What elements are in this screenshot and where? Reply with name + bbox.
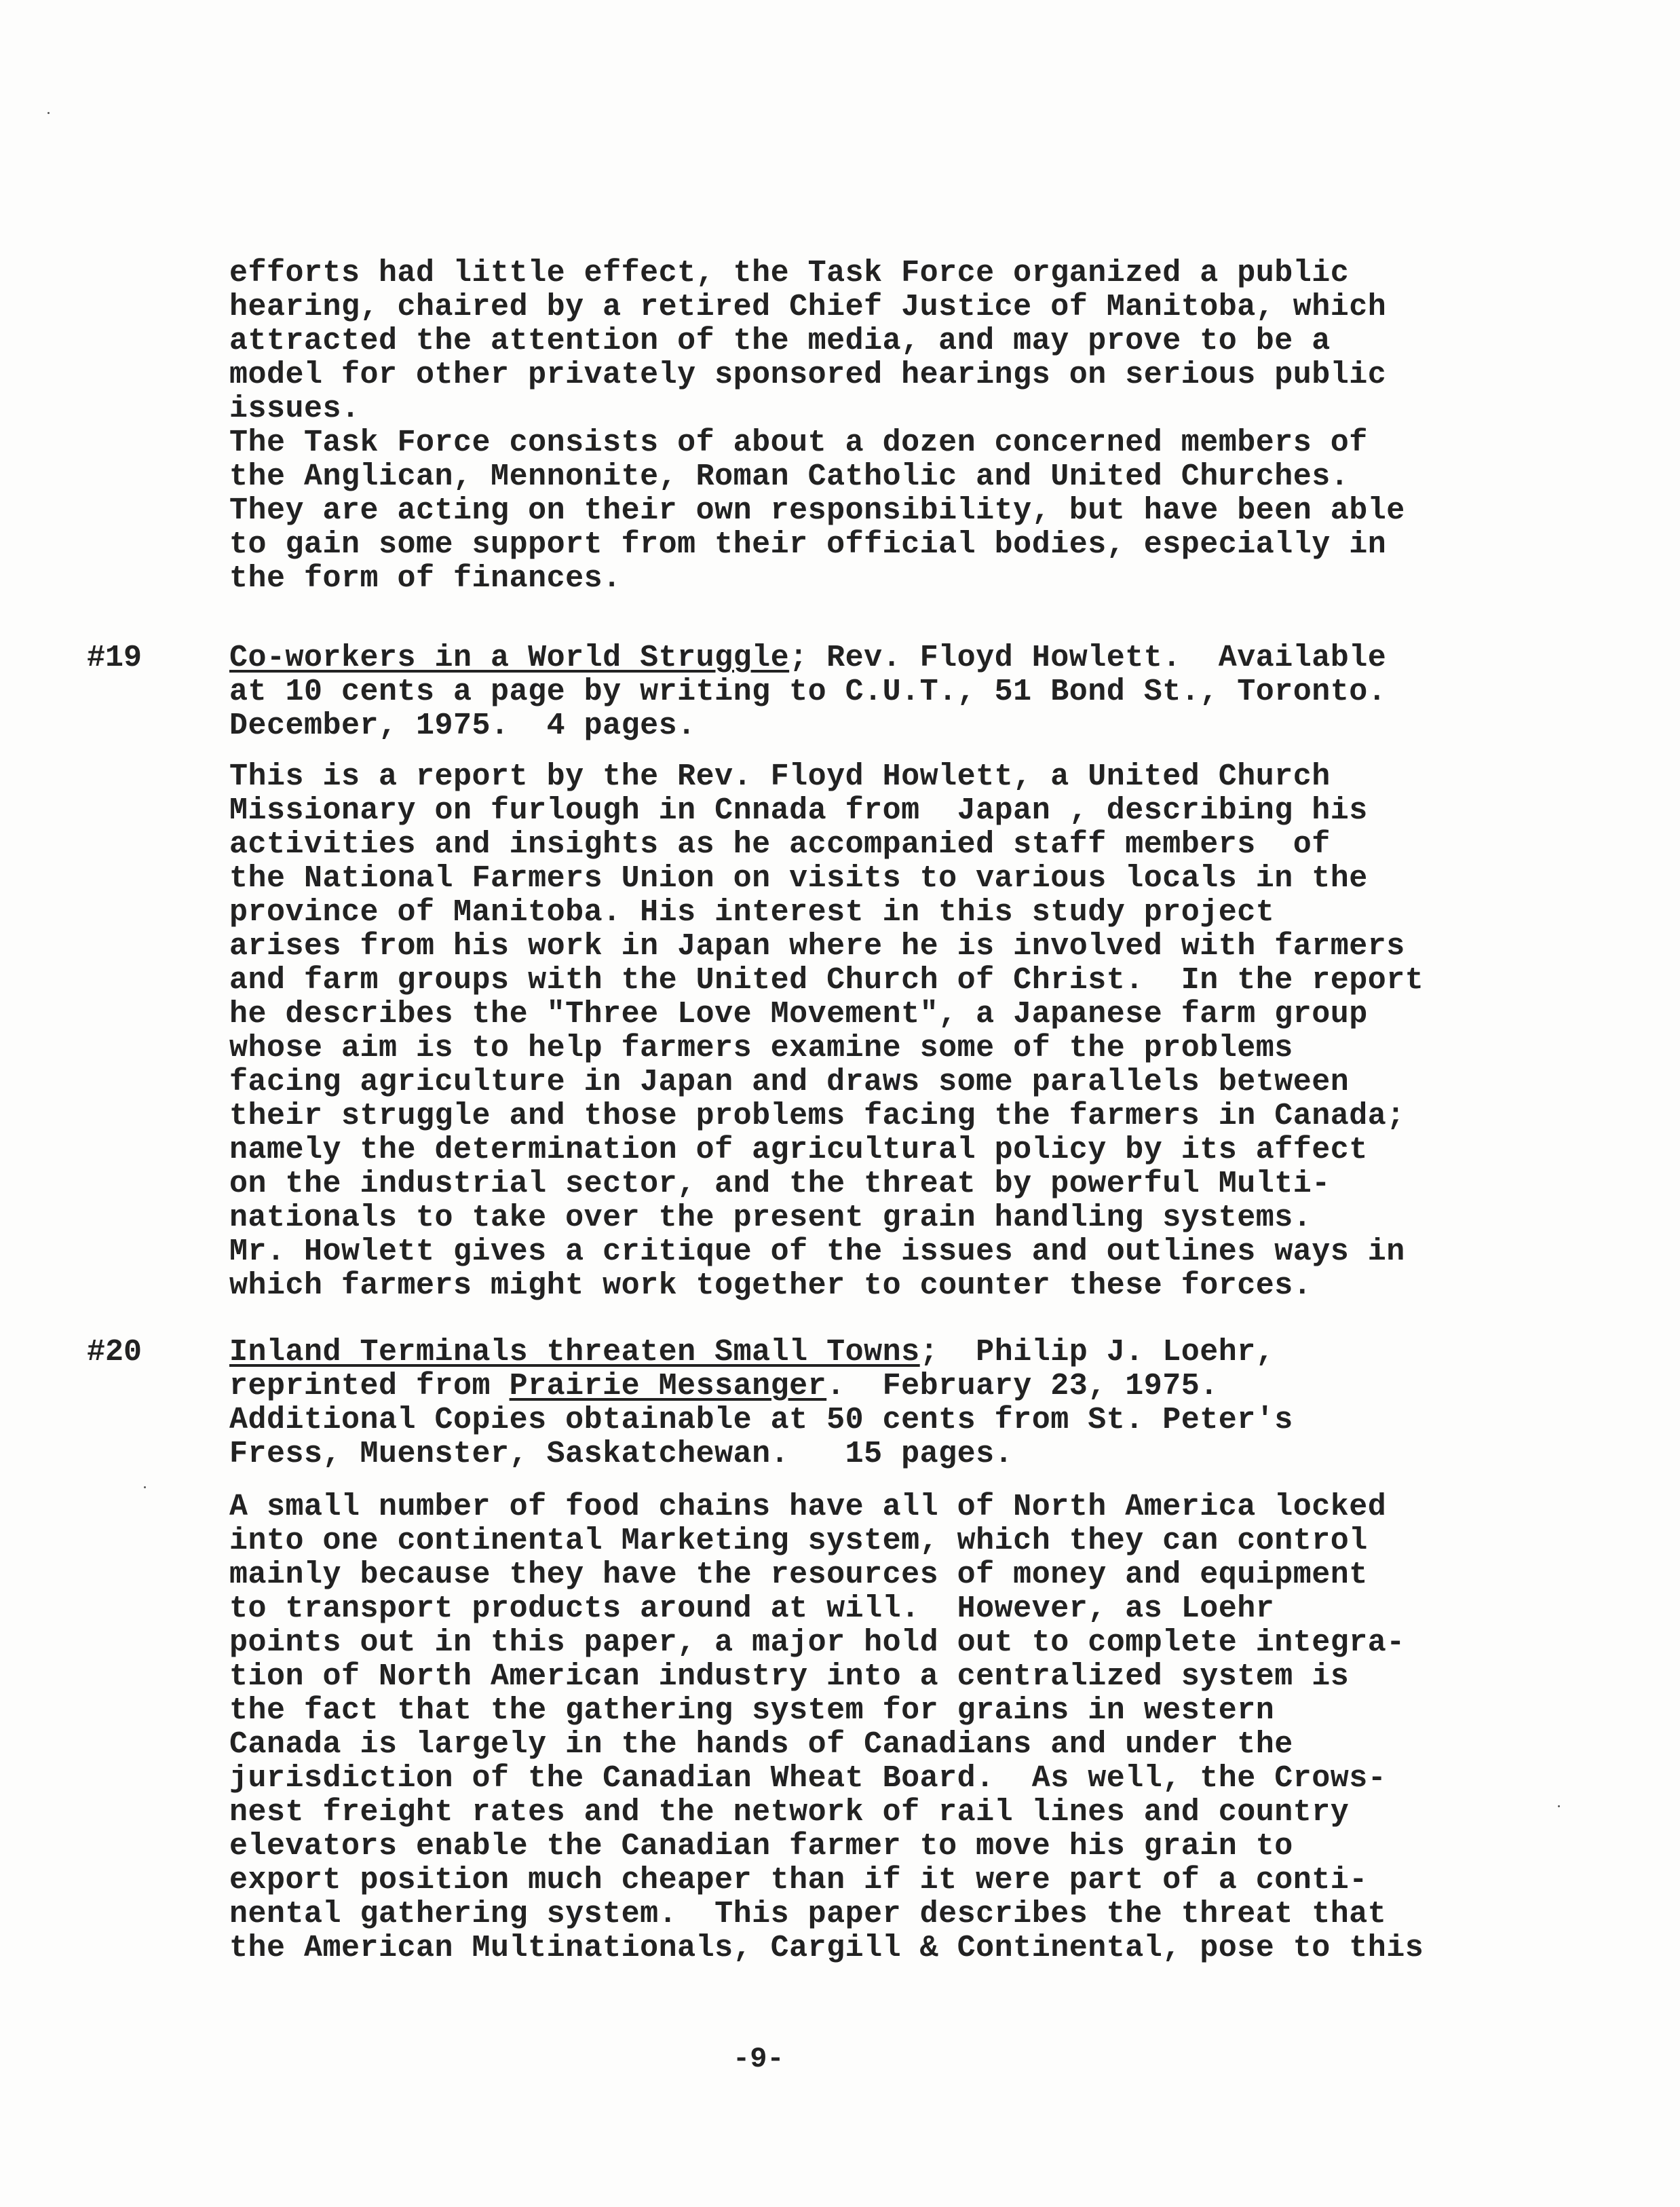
text-line: tion of North American industry into a c… (229, 1660, 1519, 1694)
text-line: This is a report by the Rev. Floyd Howle… (229, 760, 1519, 794)
entry-number: #20 (87, 1336, 142, 1370)
entry-20-summary: A small number of food chains have all o… (229, 1490, 1519, 1965)
citation-line: Inland Terminals threaten Small Towns; P… (229, 1336, 1519, 1370)
page-number: -9- (733, 2043, 784, 2075)
citation-author: ; Philip J. Loehr, (920, 1335, 1275, 1370)
text-line: hearing, chaired by a retired Chief Just… (229, 290, 1519, 324)
text-line: whose aim is to help farmers examine som… (229, 1032, 1519, 1065)
text-line: on the industrial sector, and the threat… (229, 1167, 1519, 1201)
entry-19-citation: Co-workers in a World Struggle; Rev. Flo… (229, 641, 1519, 743)
text-line: he describes the "Three Love Movement", … (229, 998, 1519, 1032)
document-page: efforts had little effect, the Task Forc… (0, 0, 1680, 2207)
text-line: their struggle and those problems facing… (229, 1099, 1519, 1133)
text-line: nental gathering system. This paper desc… (229, 1898, 1519, 1931)
text-line: The Task Force consists of about a dozen… (229, 426, 1519, 460)
intro-paragraph: efforts had little effect, the Task Forc… (229, 257, 1519, 596)
text-line: export position much cheaper than if it … (229, 1864, 1519, 1898)
text-line: namely the determination of agricultural… (229, 1133, 1519, 1167)
text-line: the fact that the gathering system for g… (229, 1694, 1519, 1728)
text-line: nationals to take over the present grain… (229, 1201, 1519, 1235)
text-line: the form of finances. (229, 562, 1519, 596)
text-line: the Anglican, Mennonite, Roman Catholic … (229, 460, 1519, 494)
text-line: and farm groups with the United Church o… (229, 964, 1519, 998)
text-line: activities and insights as he accompanie… (229, 828, 1519, 862)
citation-author: ; Rev. Floyd Howlett. Available (789, 641, 1386, 675)
text-line: facing agriculture in Japan and draws so… (229, 1065, 1519, 1099)
scan-speck (47, 112, 50, 114)
text-line: Canada is largely in the hands of Canadi… (229, 1728, 1519, 1762)
text-line: issues. (229, 392, 1519, 426)
text-line: to transport products around at will. Ho… (229, 1592, 1519, 1626)
text-line: province of Manitoba. His interest in th… (229, 896, 1519, 930)
text-line: which farmers might work together to cou… (229, 1269, 1519, 1303)
citation-date: . February 23, 1975. (826, 1369, 1219, 1403)
text-line: the American Multinationals, Cargill & C… (229, 1931, 1519, 1965)
citation-line: Additional Copies obtainable at 50 cents… (229, 1403, 1519, 1437)
text-line: arises from his work in Japan where he i… (229, 930, 1519, 964)
text-line: to gain some support from their official… (229, 528, 1519, 562)
entry-20-citation: Inland Terminals threaten Small Towns; P… (229, 1336, 1519, 1471)
scan-speck (1558, 1805, 1560, 1807)
text-line: They are acting on their own responsibil… (229, 494, 1519, 528)
text-line: model for other privately sponsored hear… (229, 358, 1519, 392)
text-line: Mr. Howlett gives a critique of the issu… (229, 1235, 1519, 1269)
entry-19-summary: This is a report by the Rev. Floyd Howle… (229, 760, 1519, 1303)
text-line: attracted the attention of the media, an… (229, 324, 1519, 358)
text-line: jurisdiction of the Canadian Wheat Board… (229, 1762, 1519, 1796)
text-line: nest freight rates and the network of ra… (229, 1796, 1519, 1830)
entry-title: Inland Terminals threaten Small Towns (229, 1335, 920, 1370)
scan-speck (144, 1486, 146, 1488)
text-line: the National Farmers Union on visits to … (229, 862, 1519, 896)
text-line: mainly because they have the resources o… (229, 1558, 1519, 1592)
source-publication: Prairie Messanger (510, 1369, 827, 1403)
entry-number: #19 (87, 641, 142, 675)
citation-text: reprinted from (229, 1369, 510, 1403)
text-line: points out in this paper, a major hold o… (229, 1626, 1519, 1660)
entry-title: Co-workers in a World Struggle (229, 641, 789, 675)
citation-line: December, 1975. 4 pages. (229, 709, 1519, 743)
citation-line: Fress, Muenster, Saskatchewan. 15 pages. (229, 1437, 1519, 1471)
text-line: Missionary on furlough in Cnnada from Ja… (229, 794, 1519, 828)
text-line: elevators enable the Canadian farmer to … (229, 1830, 1519, 1864)
text-line: efforts had little effect, the Task Forc… (229, 257, 1519, 290)
citation-line: Co-workers in a World Struggle; Rev. Flo… (229, 641, 1519, 675)
citation-line: reprinted from Prairie Messanger. Februa… (229, 1370, 1519, 1403)
citation-line: at 10 cents a page by writing to C.U.T.,… (229, 675, 1519, 709)
text-line: A small number of food chains have all o… (229, 1490, 1519, 1524)
text-line: into one continental Marketing system, w… (229, 1524, 1519, 1558)
